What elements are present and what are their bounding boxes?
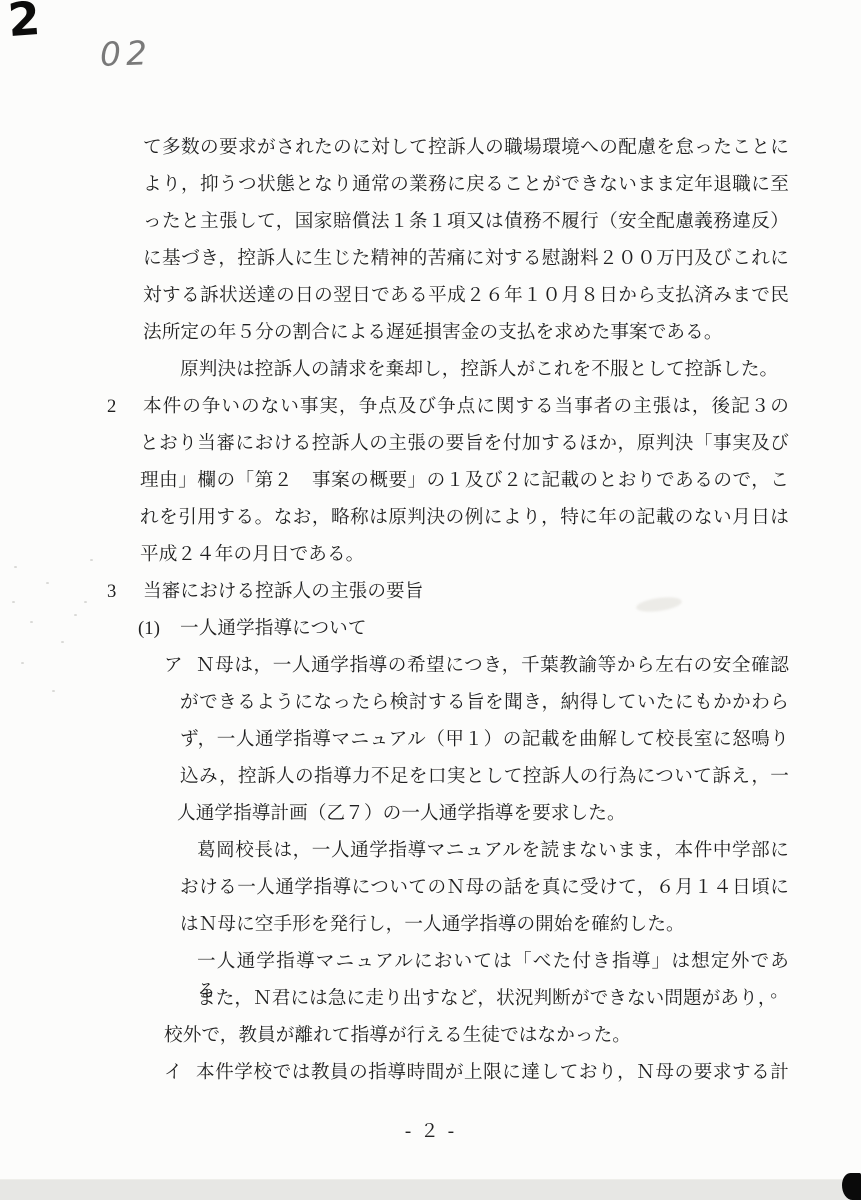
item-a-label: ア: [164, 651, 183, 681]
body-line-22: はＮ母に空手形を発行し，一人通学指導の開始を確約した。: [180, 910, 685, 940]
body-line-24: また，Ｎ君には急に走り出すなど，状況判断ができない問題があり，: [197, 984, 777, 1014]
item-2-number: 2: [107, 392, 116, 422]
paper-speck: [74, 614, 77, 616]
paper-speck: [14, 566, 17, 568]
handwritten-pencil-note: 02: [99, 33, 152, 74]
item-1-1-label: (1): [138, 614, 160, 644]
body-line-10: 理由」欄の「第２ 事案の概要」の１及び２に記載のとおりであるので，こ: [140, 466, 789, 496]
body-line-20: 葛岡校長は，一人通学指導マニュアルを読まないまま，本件中学部に: [197, 836, 789, 866]
item-3-number: 3: [107, 577, 116, 607]
paper-smudge: [635, 595, 682, 614]
paper-speck: [21, 662, 24, 664]
body-line-16: ができるようになったら検討する旨を聞き，納得していたにもかかわら: [180, 688, 789, 718]
body-line-5: 対する訴状送達の日の翌日である平成２６年１０月８日から支払済みまで民: [143, 281, 789, 311]
paper-speck: [90, 559, 93, 561]
body-line-6: 法所定の年５分の割合による遅延損害金の支払を求めた事案である。: [143, 318, 723, 348]
body-line-2: より，抑うつ状態となり通常の業務に戻ることができないまま定年退職に至: [143, 170, 789, 200]
body-line-9: とおり当審における控訴人の主張の要旨を付加するほか，原判決「事実及び: [140, 429, 789, 459]
scanner-edge-band: [0, 1179, 861, 1200]
body-line-7: 原判決は控訴人の請求を棄却し，控訴人がこれを不服として控訴した。: [180, 355, 778, 385]
body-line-12: 平成２４年の月日である。: [140, 540, 364, 570]
item-i-label: イ: [164, 1058, 183, 1088]
paper-speck: [84, 601, 87, 603]
body-line-25: 校外で，教員が離れて指導が行える生徒ではなかった。: [164, 1021, 631, 1051]
scanner-corner-mark: [842, 1173, 861, 1200]
body-line-3: ったと主張して，国家賠償法１条１項又は債務不履行（安全配慮義務違反）: [143, 207, 789, 237]
paper-speck: [30, 621, 33, 623]
body-line-21: おける一人通学指導についてのＮ母の話を真に受けて，６月１４日頃に: [180, 873, 789, 903]
paper-speck: [52, 690, 55, 692]
body-line-8: 本件の争いのない事実，争点及び争点に関する当事者の主張は，後記３の: [143, 392, 789, 422]
body-line-11: れを引用する。なお，略称は原判決の例により，特に年の記載のない月日は: [140, 503, 789, 533]
body-line-17: ず，一人通学指導マニュアル（甲１）の記載を曲解して校長室に怒鳴り: [180, 725, 789, 755]
body-line-4: に基づき，控訴人に生じた精神的苦痛に対する慰謝料２００万円及びこれに: [143, 244, 789, 274]
body-line-23: 一人通学指導マニュアルにおいては「べた付き指導」は想定外である。: [197, 947, 789, 977]
paper-speck: [12, 601, 15, 603]
page-number: - ２ -: [0, 1116, 861, 1143]
body-line-14: 一人通学指導について: [180, 614, 367, 644]
body-line-26: 本件学校では教員の指導時間が上限に達しており，Ｎ母の要求する計: [196, 1058, 789, 1088]
paper-speck: [61, 641, 64, 643]
body-line-15: Ｎ母は，一人通学指導の希望につき，千葉教諭等から左右の安全確認: [196, 651, 789, 681]
body-line-13: 当審における控訴人の主張の要旨: [143, 577, 423, 607]
body-line-18: 込み，控訴人の指導力不足を口実として控訴人の行為について訴え，一: [180, 762, 789, 792]
body-line-19: 人通学指導計画（乙７）の一人通学指導を要求した。: [177, 799, 626, 829]
handwritten-corner-number: 2: [6, 0, 42, 47]
scanned-document-page: 2 02 て多数の要求がされたのに対して控訴人の職場環境への配慮を怠ったことによ…: [0, 0, 861, 1200]
paper-speck: [46, 582, 49, 584]
body-line-1: て多数の要求がされたのに対して控訴人の職場環境への配慮を怠ったことに: [143, 133, 789, 163]
